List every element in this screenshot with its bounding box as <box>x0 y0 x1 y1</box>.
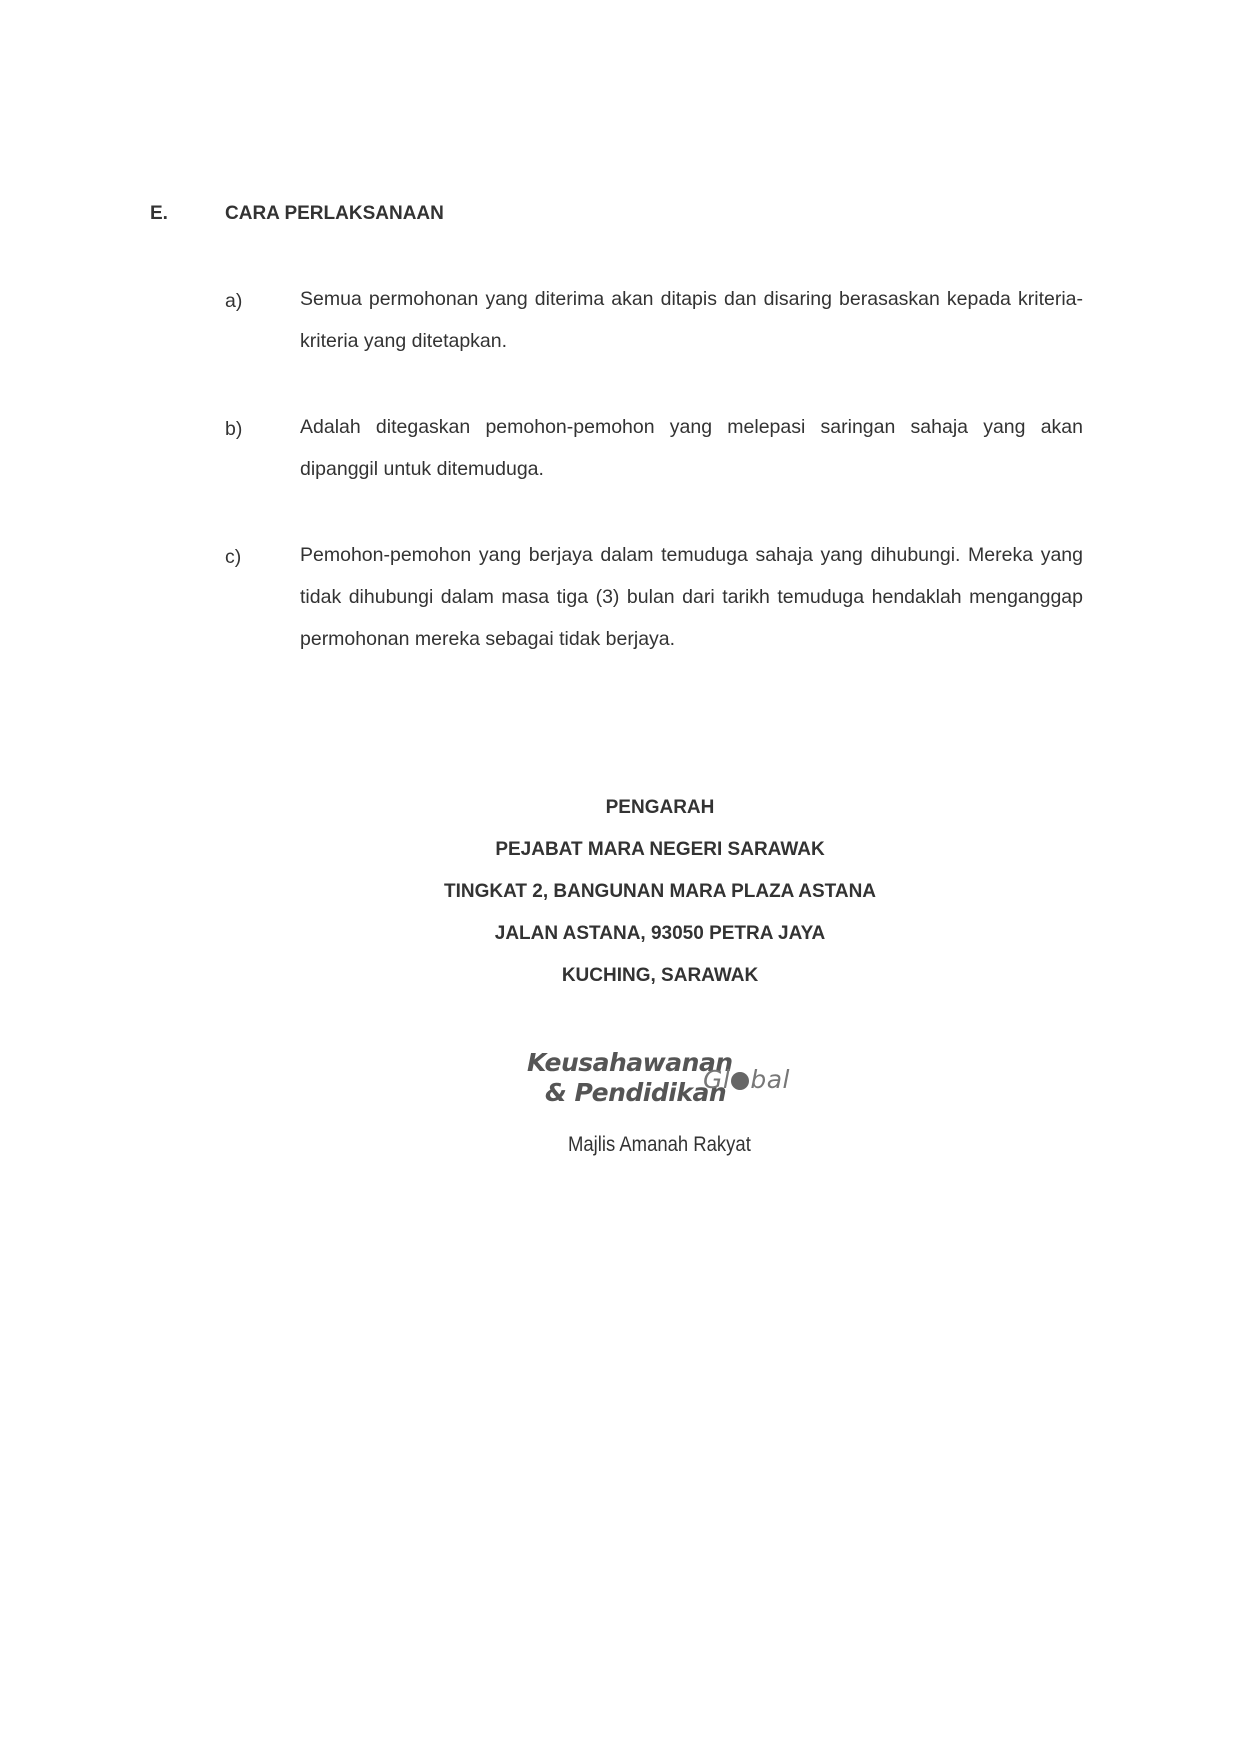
list-item-text: Adalah ditegaskan pemohon-pemohon yang m… <box>300 406 1083 490</box>
signature-block: PENGARAH PEJABAT MARA NEGERI SARAWAK TIN… <box>0 793 1240 1003</box>
document-page: E. CARA PERLAKSANAAN a) Semua permohonan… <box>0 0 1240 1754</box>
section-title: CARA PERLAKSANAAN <box>225 203 444 225</box>
signatory-title: PENGARAH <box>0 793 1240 835</box>
logo-global: Glbal <box>703 1065 790 1094</box>
globe-icon <box>731 1072 749 1090</box>
logo-line-1: Keusahawanan <box>527 1048 733 1077</box>
list-item-text: Semua permohonan yang diterima akan dita… <box>300 278 1083 362</box>
address-line-1: TINGKAT 2, BANGUNAN MARA PLAZA ASTANA <box>0 877 1240 919</box>
section-number: E. <box>150 203 168 225</box>
list-item-label: b) <box>225 418 242 441</box>
office-name: PEJABAT MARA NEGERI SARAWAK <box>0 835 1240 877</box>
list-item-text: Pemohon-pemohon yang berjaya dalam temud… <box>300 534 1083 660</box>
address-line-3: KUCHING, SARAWAK <box>0 961 1240 1003</box>
organization-name: Majlis Amanah Rakyat <box>568 1133 751 1157</box>
address-line-2: JALAN ASTANA, 93050 PETRA JAYA <box>0 919 1240 961</box>
logo-global-prefix: Gl <box>703 1065 730 1094</box>
logo-line-2: & Pendidikan <box>545 1078 726 1107</box>
logo-global-suffix: bal <box>750 1065 790 1094</box>
list-item-label: c) <box>225 546 241 569</box>
slogan-logo: Keusahawanan & Pendidikan Glbal <box>520 1048 810 1118</box>
list-item-label: a) <box>225 290 242 313</box>
